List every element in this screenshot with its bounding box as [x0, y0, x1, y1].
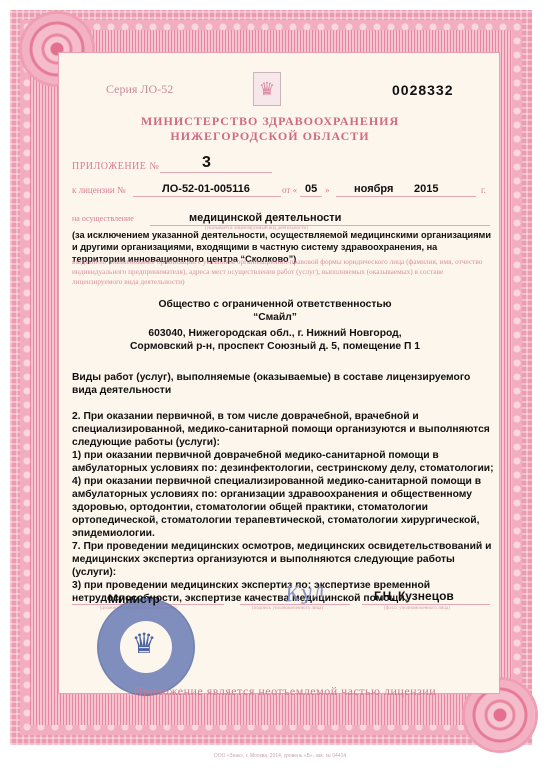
works-section: Виды работ (услуг), выполняемые (оказыва… [72, 371, 497, 605]
license-label: к лицензии № [72, 185, 126, 195]
license-number-line [133, 196, 281, 197]
license-appendix-page: Серия ЛО-52 ♛ 0028332 МИНИСТЕРСТВО ЗДРАВ… [0, 0, 549, 768]
appendix-number-line [160, 172, 272, 173]
signer-role: Министр [108, 592, 160, 606]
works-item: 7. При проведении медицинских осмотров, … [72, 540, 497, 579]
issued-label: выданной [72, 257, 107, 266]
ministry-title: МИНИСТЕРСТВО ЗДРАВООХРАНЕНИЯ НИЖЕГОРОДСК… [80, 114, 460, 144]
seal-eagle-icon: ♛ [124, 624, 164, 664]
activity-value: медицинской деятельности [189, 212, 341, 224]
date-quote-close: » [325, 185, 330, 195]
date-day: 05 [305, 183, 317, 195]
works-item: 1) при оказании первичной доврачебной ме… [72, 449, 497, 475]
coat-of-arms-icon: ♛ [253, 72, 281, 106]
signer-name-line [362, 604, 490, 605]
appendix-label: ПРИЛОЖЕНИЕ № [72, 161, 159, 172]
date-month-year-line [336, 196, 476, 197]
printer-note: ООО «Знак», г. Москва, 2014, уровень «Б»… [150, 753, 410, 759]
address-line-2: Сормовский р-н, проспект Союзный д. 5, п… [100, 340, 450, 353]
activity-label: на осуществление [72, 214, 134, 223]
date-from-label: от « [282, 185, 297, 195]
footer-note: Приложение является неотъемлемой частью … [120, 684, 450, 699]
date-day-line [300, 196, 322, 197]
ministry-line-2: НИЖЕГОРОДСКОЙ ОБЛАСТИ [80, 129, 460, 144]
activity-line [150, 225, 490, 226]
date-suffix: г. [481, 185, 486, 195]
appendix-number: 3 [202, 154, 211, 172]
organization-line-2: “Смайл” [110, 311, 440, 324]
series-label: Серия ЛО-52 [106, 82, 173, 97]
issued-caption-text: (наименование организации с указанием ор… [72, 257, 482, 286]
signer-name-caption: (ф.и.о. уполномоченного лица) [384, 606, 450, 611]
date-year: 2015 [414, 183, 438, 195]
works-heading: Виды работ (услуг), выполняемые (оказыва… [72, 371, 497, 397]
organization-address: 603040, Нижегородская обл., г. Нижний Но… [100, 327, 450, 353]
issued-caption: выданной (наименование организации с ука… [72, 257, 492, 287]
form-number: 0028332 [392, 82, 454, 98]
ministry-line-1: МИНИСТЕРСТВО ЗДРАВООХРАНЕНИЯ [80, 114, 460, 129]
date-month: ноября [354, 183, 393, 195]
address-line-1: 603040, Нижегородская обл., г. Нижний Но… [100, 327, 450, 340]
license-number: ЛО-52-01-005116 [162, 183, 250, 195]
organization-name: Общество с ограниченной ответственностью… [110, 298, 440, 324]
works-item: 2. При оказании первичной, в том числе д… [72, 410, 497, 449]
signature-caption: (подпись уполномоченного лица) [252, 606, 323, 611]
signer-name: Г.Н. Кузнецов [374, 589, 454, 603]
organization-line-1: Общество с ограниченной ответственностью [110, 298, 440, 311]
works-item: 4) при оказании первичной специализирова… [72, 475, 497, 540]
